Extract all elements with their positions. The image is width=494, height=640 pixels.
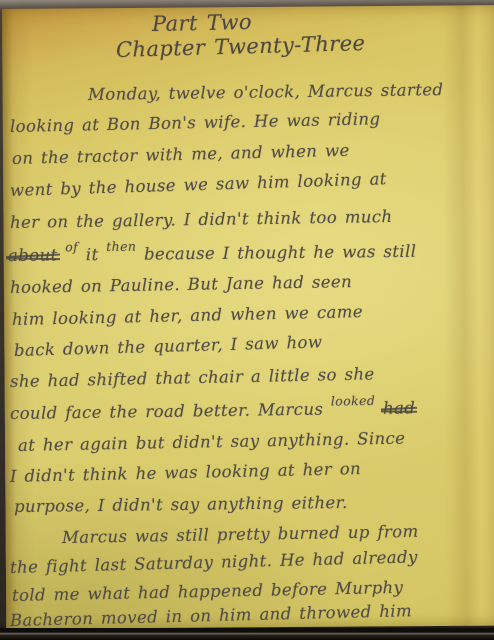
- manuscript-photo: Part Two Chapter Twenty-Three Monday, tw…: [0, 0, 494, 640]
- header-part: Part Two: [152, 10, 252, 36]
- inserted-word-then: then: [106, 239, 136, 254]
- inserted-word-of: of: [65, 239, 78, 254]
- line-text: purpose, I didn't say anything either.: [14, 493, 348, 516]
- struck-word: had: [383, 398, 415, 417]
- inserted-word-looked: looked: [331, 393, 376, 409]
- handwritten-line: purpose, I didn't say anything either.: [14, 493, 348, 516]
- line-text: because I thought he was still: [144, 242, 417, 264]
- backdrop-bottom-edge: [0, 628, 494, 640]
- line-text: it: [86, 245, 99, 264]
- struck-word: about: [8, 245, 58, 265]
